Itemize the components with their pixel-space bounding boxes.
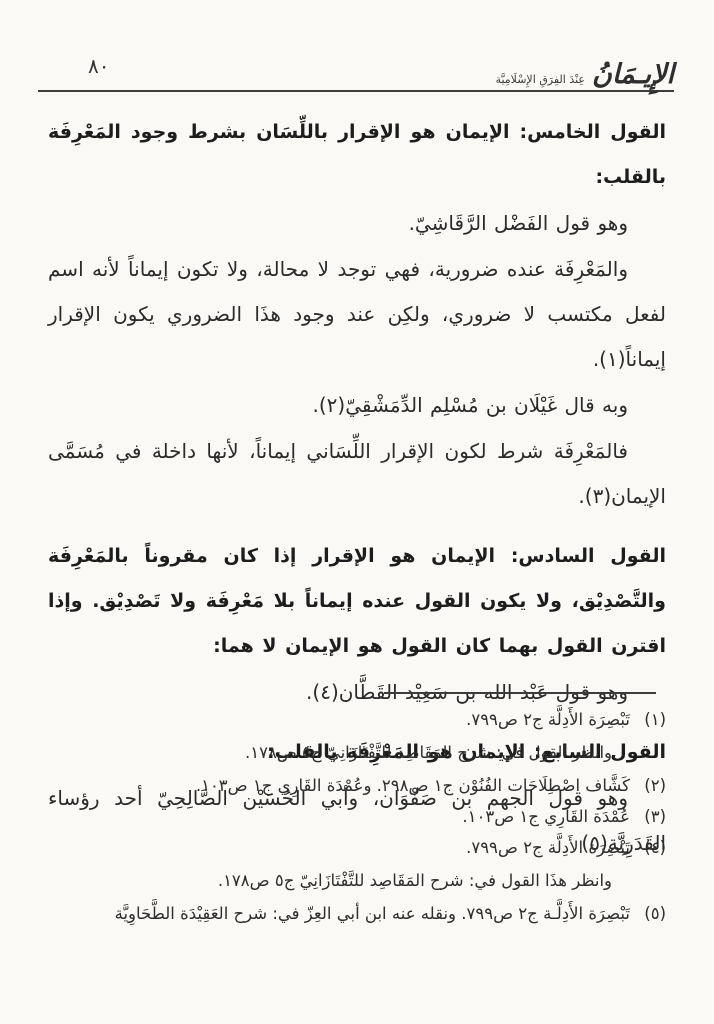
- para-ghaylan-dimashqi: وبه قال غَيْلَان بن مُسْلِم الدِّمَشْقِي…: [48, 383, 666, 428]
- page-number: ٨٠: [38, 54, 109, 78]
- heading-sixth-opinion: القول السادس: الإيمان هو الإقرار إذا كان…: [48, 534, 666, 669]
- footnote-5: (٥)تَبْصِرَة الأَدِلَّـة ج٢ ص٧٩٩. ونقله …: [40, 898, 666, 929]
- footnote-1: (١)تَبْصِرَة الأَدِلَّة ج٢ ص٧٩٩.: [40, 704, 666, 735]
- footnote-text: تَبْصِرَة الأَدِلَّة ج٢ ص٧٩٩.: [466, 710, 630, 729]
- footnote-text: وانظر هذَا القول في: شرح المَقَاصِد للتَ…: [218, 871, 612, 890]
- footnote-2: (٢)كَشَّاف اصْطِلَاحَات الفُنُوْن ج١ ص٢٩…: [40, 770, 666, 801]
- footnote-4-see-also: وانظر هذَا القول في: شرح المَقَاصِد للتَ…: [40, 865, 666, 896]
- footnote-separator-rule: [384, 692, 656, 694]
- para-marifa-darurya: والمَعْرِفَة عنده ضرورية، فهي توجد لا مح…: [48, 247, 666, 382]
- footnote-marker: (٣): [630, 801, 666, 832]
- footnote-text: عُمْدَة القَارِي ج١ ص١٠٣.: [462, 807, 630, 826]
- book-title-block: الإِيـمَانُ عِنْدَ الفِرَقِ الإِسْلَامِي…: [496, 61, 674, 88]
- footnotes-section: (١)تَبْصِرَة الأَدِلَّة ج٢ ص٧٩٩. وانظر ا…: [40, 692, 666, 929]
- footnote-marker: (٥): [630, 898, 666, 929]
- book-subtitle: عِنْدَ الفِرَقِ الإِسْلَامِيَّة: [496, 73, 585, 86]
- footnote-1-see-also: وانظر القول في: شرح المَقَاصِد للتَّفْتَ…: [40, 737, 666, 768]
- footnote-marker: (١): [630, 704, 666, 735]
- para-marifa-shart: فالمَعْرِفَة شرط لكون الإقرار اللِّسَاني…: [48, 429, 666, 519]
- footnote-text: تَبْصِرَة الأَدِلَّة ج٢ ص٧٩٩.: [466, 838, 630, 857]
- footnote-text: وانظر القول في: شرح المَقَاصِد للتَّفْتَ…: [245, 743, 612, 762]
- footnote-4: (٤)تَبْصِرَة الأَدِلَّة ج٢ ص٧٩٩.: [40, 832, 666, 863]
- footnote-text: كَشَّاف اصْطِلَاحَات الفُنُوْن ج١ ص٢٩٨. …: [196, 776, 630, 795]
- footnote-marker: (٢): [630, 770, 666, 801]
- footnote-3: (٣)عُمْدَة القَارِي ج١ ص١٠٣.: [40, 801, 666, 832]
- heading-fifth-opinion: القول الخامس: الإيمان هو الإقرار باللِّس…: [48, 110, 666, 200]
- book-page: الإِيـمَانُ عِنْدَ الفِرَقِ الإِسْلَامِي…: [0, 0, 714, 1024]
- para-fadl-raqashi: وهو قول الفَضْل الرَّقَاشِيّ.: [48, 201, 666, 246]
- page-header: الإِيـمَانُ عِنْدَ الفِرَقِ الإِسْلَامِي…: [38, 44, 674, 92]
- footnote-text: تَبْصِرَة الأَدِلَّـة ج٢ ص٧٩٩. ونقله عنه…: [115, 904, 630, 923]
- footnote-marker: (٤): [630, 832, 666, 863]
- book-title: الإِيـمَانُ: [592, 61, 674, 88]
